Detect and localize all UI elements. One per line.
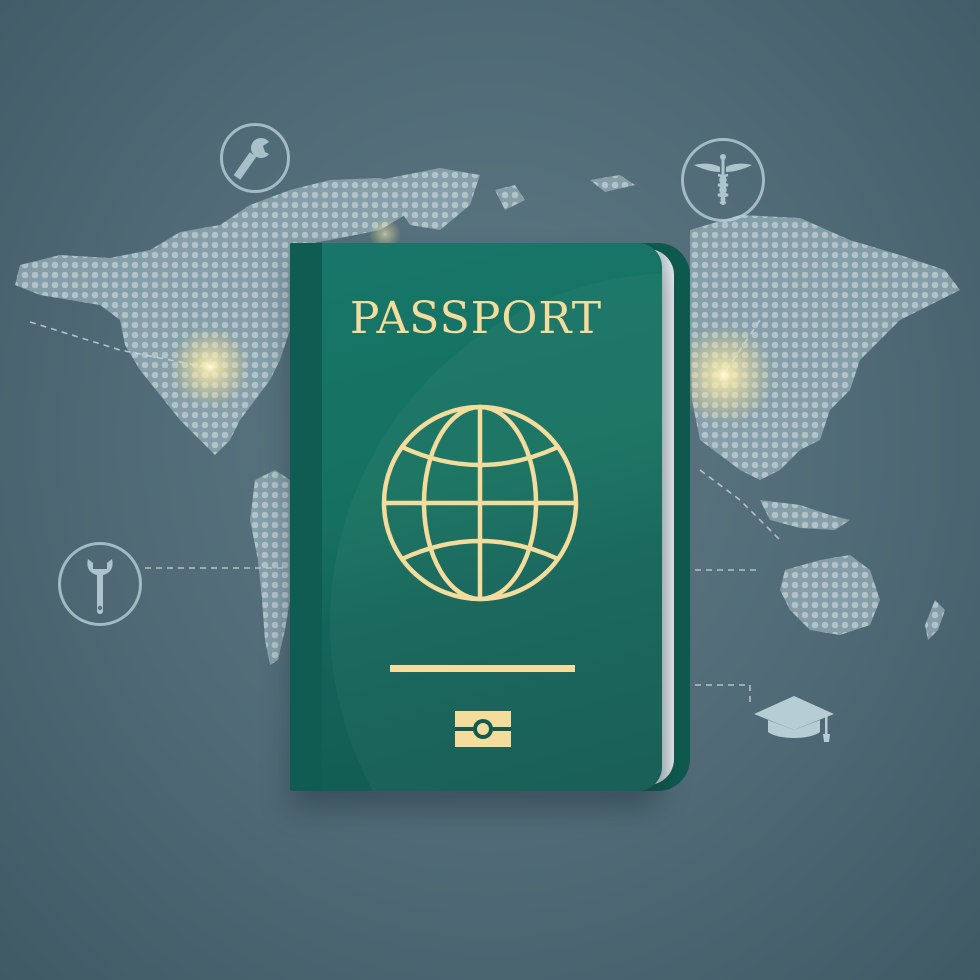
globe-icon — [380, 403, 580, 603]
passport-cover: PASSPORT — [290, 243, 662, 791]
passport: PASSPORT — [290, 243, 690, 791]
wrench-icon — [61, 545, 139, 623]
wrench-icon-top — [220, 123, 290, 193]
graduation-cap-icon — [752, 690, 842, 746]
wrench-icon-left — [58, 542, 142, 626]
biometric-chip-icon — [455, 711, 511, 747]
passport-title: PASSPORT — [290, 293, 662, 344]
signature-line — [390, 665, 575, 672]
scene: PASSPORT — [0, 0, 980, 980]
caduceus-icon — [684, 141, 762, 219]
wrench-icon — [223, 126, 287, 190]
caduceus-icon-circle — [681, 138, 765, 222]
